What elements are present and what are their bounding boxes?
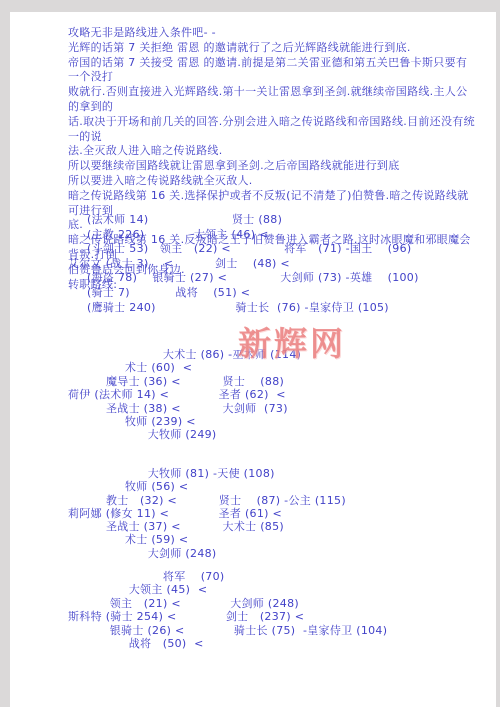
tree-line: (斗剑士 53) 领主 (22) < 将军 (71) -国王 (96) [68, 242, 419, 257]
tree-line: 艾尔文 (战士 3) < 剑士 (48) < [68, 257, 419, 272]
tree-line: 斯科特 (骑士 254) < 剑士 (237) < [68, 610, 387, 623]
tree-line: 圣战士 (37) < 大术士 (85) [68, 520, 346, 533]
tree-line: 领主 (21) < 大剑师 (248) [68, 597, 387, 610]
tree-line: 术士 (60) < [68, 361, 301, 374]
tree-line: 大剑师 (248) [68, 547, 346, 560]
tree-line: 大领主 (45) < [68, 583, 387, 596]
tree-line: (鹰骑士 240) 骑士长 (76) -皇家侍卫 (105) [68, 301, 419, 316]
tree-line: 魔导士 (36) < 贤士 (88) [68, 375, 301, 388]
intro-line: 所以要进入暗之传说路线就全灭敌人. [68, 174, 478, 189]
tree-line: 大牧师 (81) -天使 (108) [68, 467, 346, 480]
intro-line: 光辉的话第 7 关拒绝 雷恩 的邀请就行了之后光辉路线就能进行到底. [68, 41, 478, 56]
tree-line: 圣战士 (38) < 大剑师 (73) [68, 402, 301, 415]
class-tree-hein: 大术士 (86) -巫术师 (114) 术士 (60) < 魔导士 (36) <… [68, 348, 301, 442]
intro-line: 败就行.否则直接进入光辉路线.第十一关让雷恩拿到圣剑.就继续帝国路线.主人公的拿… [68, 85, 478, 115]
tree-line: 大牧师 (249) [68, 428, 301, 441]
document-page: 攻略无非是路线进入条件吧- - 光辉的话第 7 关拒绝 雷恩 的邀请就行了之后光… [10, 12, 496, 707]
tree-line: (法术师 14) 贤士 (88) [68, 213, 419, 228]
tree-line: 牧师 (239) < [68, 415, 301, 428]
tree-line: (海盗 78) 银骑士 (27) < 大剑师 (73) -英雄 (100) [68, 271, 419, 286]
tree-line: 大术士 (86) -巫术师 (114) [68, 348, 301, 361]
tree-line: (主教 226) 大领主 (46) < [68, 228, 419, 243]
intro-line: 法.全灭敌人进入暗之传说路线. [68, 144, 478, 159]
class-tree-elwin: (法术师 14) 贤士 (88) (主教 226) 大领主 (46) < (斗剑… [68, 213, 419, 315]
intro-line: 话.取决于开场和前几关的回答.分别会进入暗之传说路线和帝国路线.目前还没有统一的… [68, 115, 478, 145]
class-tree-liana: 大牧师 (81) -天使 (108) 牧师 (56) < 教士 (32) < 贤… [68, 467, 346, 560]
tree-line: 银骑士 (26) < 骑士长 (75) -皇家侍卫 (104) [68, 624, 387, 637]
screenshot-root: { "colors": { "text_blue": "#4141c8", "w… [0, 0, 500, 707]
intro-line: 帝国的话第 7 关接受 雷恩 的邀请.前提是第二关雷亚德和第五关巴鲁卡斯只要有一… [68, 56, 478, 86]
class-tree-scott: 将军 (70) 大领主 (45) < 领主 (21) < 大剑师 (248) 斯… [68, 570, 387, 650]
tree-line: 将军 (70) [68, 570, 387, 583]
intro-line: 所以要继续帝国路线就让雷恩拿到圣剑.之后帝国路线就能进行到底 [68, 159, 478, 174]
tree-line: 术士 (59) < [68, 533, 346, 546]
tree-line: 战将 (50) < [68, 637, 387, 650]
tree-line: 莉阿娜 (修女 11) < 圣者 (61) < [68, 507, 346, 520]
intro-line: 攻略无非是路线进入条件吧- - [68, 26, 478, 41]
tree-line: (骑士 7) 战将 (51) < [68, 286, 419, 301]
tree-line: 牧师 (56) < [68, 480, 346, 493]
tree-line: 教士 (32) < 贤士 (87) -公主 (115) [68, 494, 346, 507]
tree-line: 荷伊 (法术师 14) < 圣者 (62) < [68, 388, 301, 401]
